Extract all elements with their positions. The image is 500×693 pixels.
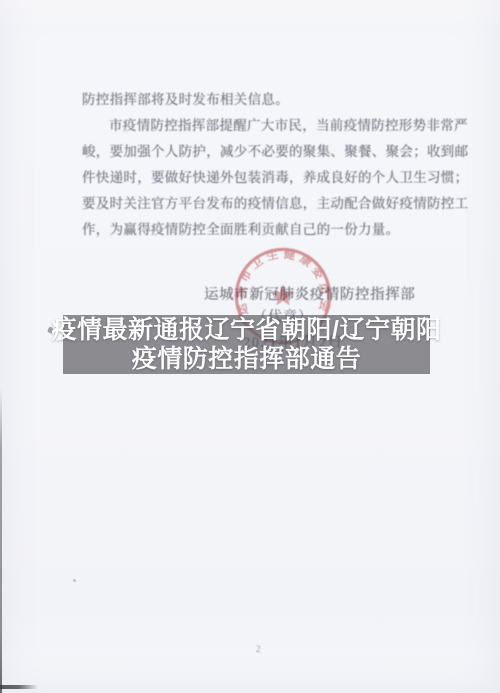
caption-title-line-2: 疫情防控指挥部通告: [132, 345, 362, 374]
body-line: 市疫情防控指挥部提醒广大市民，当前疫情防控形势非常严: [82, 113, 434, 139]
news-caption-banner: 疫情最新通报辽宁省朝阳/辽宁朝阳 疫情防控指挥部通告: [63, 315, 430, 374]
body-line: 峻，要加强个人防护，减少不必要的聚集、聚餐、聚会；收到邮: [82, 139, 434, 165]
caption-title-line-1: 疫情最新通报辽宁省朝阳/辽宁朝阳: [52, 316, 442, 345]
svg-text:运城市卫生健康委员会: 运城市卫生健康委员会: [233, 246, 333, 317]
scan-edge-shadow-bottom: [0, 685, 38, 689]
body-line: 防控指挥部将及时发布相关信息。: [82, 87, 434, 113]
scan-edge-shadow-left: [0, 388, 2, 693]
page-number: 2: [256, 644, 261, 654]
scanned-document-page: 防控指挥部将及时发布相关信息。 市疫情防控指挥部提醒广大市民，当前疫情防控形势非…: [0, 0, 500, 693]
body-line: 要及时关注官方平台发布的疫情信息，主动配合做好疫情防控工: [82, 191, 434, 217]
seal-star-icon: [272, 284, 294, 305]
body-line: 作，为赢得疫情防控全面胜利贡献自己的一份力量。: [82, 217, 434, 243]
seal-arc-text: 运城市卫生健康委员会: [233, 246, 333, 317]
notice-body: 防控指挥部将及时发布相关信息。 市疫情防控指挥部提醒广大市民，当前疫情防控形势非…: [82, 87, 434, 243]
body-line: 件快递时，要做好快递外包装消毒，养成良好的个人卫生习惯；: [82, 165, 434, 191]
scan-speck: [73, 579, 76, 582]
